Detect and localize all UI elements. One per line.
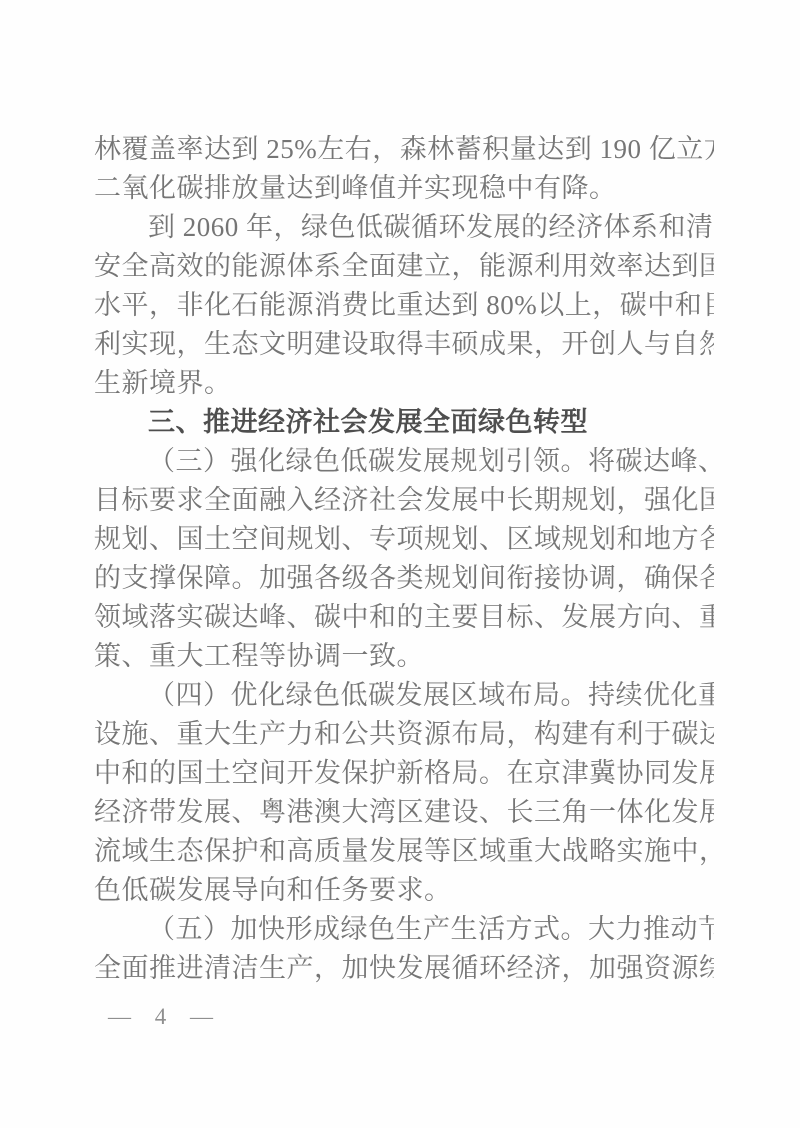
body-line: 规划、国土空间规划、专项规划、区域规划和地方各级规划 (94, 520, 714, 559)
body-line: 目标要求全面融入经济社会发展中长期规划，强化国家发展 (94, 481, 714, 520)
body-line: 中和的国土空间开发保护新格局。在京津冀协同发展、长江 (94, 754, 714, 793)
body-line: （四）优化绿色低碳发展区域布局。持续优化重大基础 (94, 676, 714, 715)
paragraph-item-4: （四）优化绿色低碳发展区域布局。持续优化重大基础 设施、重大生产力和公共资源布局… (94, 676, 714, 910)
body-line: 水平，非化石能源消费比重达到 80%以上，碳中和目标顺 (94, 286, 714, 325)
paragraph-continuation: 林覆盖率达到 25%左右，森林蓄积量达到 190 亿立方米， 二氧化碳排放量达到… (94, 130, 714, 208)
body-line: 设施、重大生产力和公共资源布局，构建有利于碳达峰、碳 (94, 715, 714, 754)
body-line: 的支撑保障。加强各级各类规划间衔接协调，确保各地区各 (94, 559, 714, 598)
body-line: 策、重大工程等协调一致。 (94, 637, 714, 676)
paragraph-2060-goals: 到 2060 年，绿色低碳循环发展的经济体系和清洁低碳 安全高效的能源体系全面建… (94, 208, 714, 403)
body-line: 生新境界。 (94, 364, 714, 403)
body-line: （五）加快形成绿色生产生活方式。大力推动节能减排， (94, 910, 714, 949)
body-line: （三）强化绿色低碳发展规划引领。将碳达峰、碳中和 (94, 442, 714, 481)
paragraph-item-5: （五）加快形成绿色生产生活方式。大力推动节能减排， 全面推进清洁生产，加快发展循… (94, 910, 714, 988)
paragraph-item-3: （三）强化绿色低碳发展规划引领。将碳达峰、碳中和 目标要求全面融入经济社会发展中… (94, 442, 714, 676)
body-line: 二氧化碳排放量达到峰值并实现稳中有降。 (94, 169, 714, 208)
body-line: 经济带发展、粤港澳大湾区建设、长三角一体化发展、黄河 (94, 793, 714, 832)
page-number: — 4 — (108, 1004, 222, 1030)
section-heading: 三、推进经济社会发展全面绿色转型 (94, 403, 714, 442)
body-line: 流域生态保护和高质量发展等区域重大战略实施中，强化绿 (94, 832, 714, 871)
body-line: 利实现，生态文明建设取得丰硕成果，开创人与自然和谐共 (94, 325, 714, 364)
body-line: 领域落实碳达峰、碳中和的主要目标、发展方向、重大政 (94, 598, 714, 637)
body-line: 色低碳发展导向和任务要求。 (94, 871, 714, 910)
document-body: 林覆盖率达到 25%左右，森林蓄积量达到 190 亿立方米， 二氧化碳排放量达到… (94, 130, 714, 988)
body-line: 安全高效的能源体系全面建立，能源利用效率达到国际先进 (94, 247, 714, 286)
body-line: 林覆盖率达到 25%左右，森林蓄积量达到 190 亿立方米， (94, 130, 714, 169)
scanned-document-page: 林覆盖率达到 25%左右，森林蓄积量达到 190 亿立方米， 二氧化碳排放量达到… (0, 0, 800, 1128)
body-line: 全面推进清洁生产，加快发展循环经济，加强资源综合利 (94, 949, 714, 988)
body-line: 到 2060 年，绿色低碳循环发展的经济体系和清洁低碳 (94, 208, 714, 247)
